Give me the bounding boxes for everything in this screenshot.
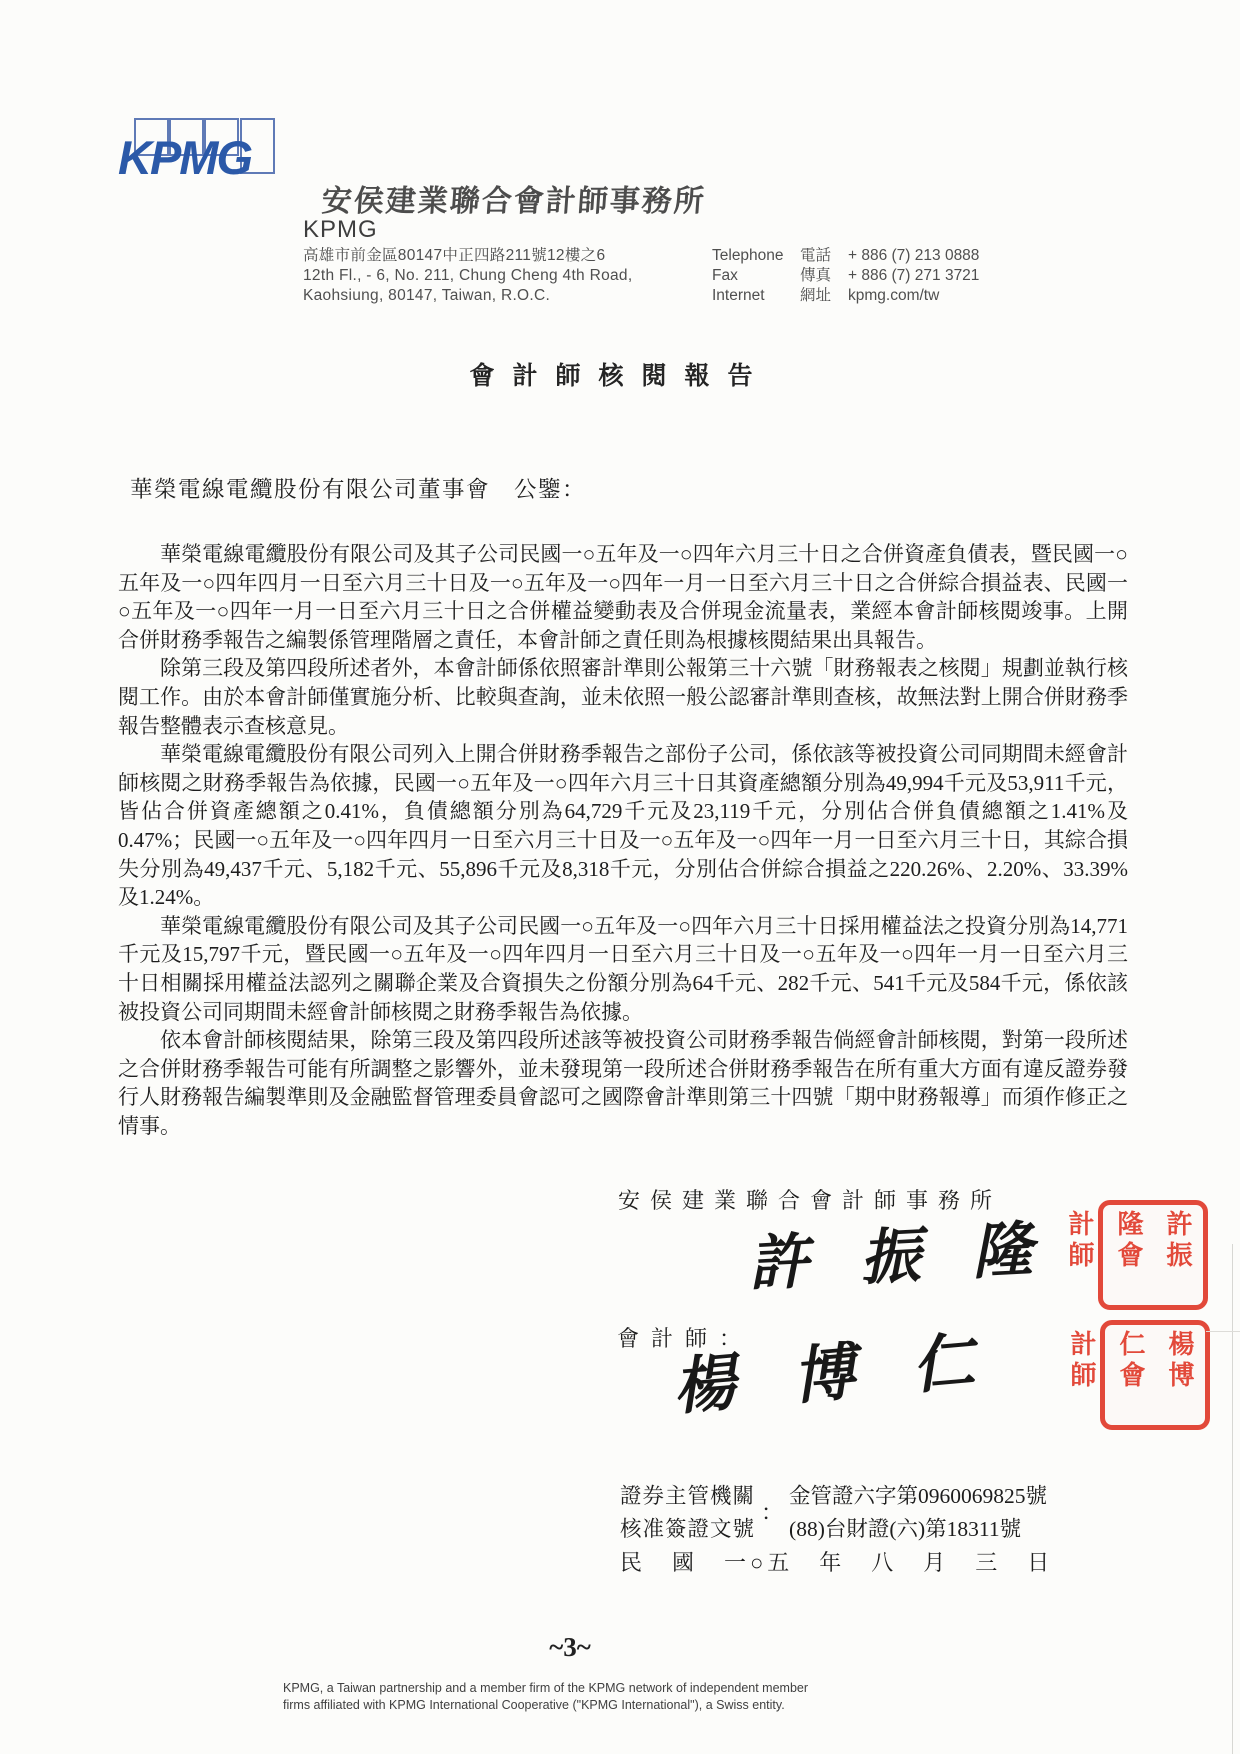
fax-value: + 886 (7) 271 3721: [848, 266, 979, 286]
paragraph-2: 除第三段及第四段所述者外，本會計師係依照審計準則公報第三十六號「財務報表之核閱」…: [118, 654, 1128, 740]
registration-labels: 證券主管機關 核准簽證文號: [620, 1480, 755, 1546]
firm-address: 高雄市前金區80147中正四路211號12樓之6 12th Fl., - 6, …: [303, 246, 632, 306]
paragraph-1: 華榮電線電纜股份有限公司及其子公司民國一○五年及一○四年六月三十日之合併資產負債…: [118, 540, 1128, 654]
addressee-line: 華榮電線電纜股份有限公司董事會 公鑒：: [130, 472, 586, 504]
page-number: ~3~: [480, 1632, 660, 1663]
registration-block: 證券主管機關 核准簽證文號 ： 金管證六字第0960069825號 (88)台財…: [620, 1480, 1047, 1546]
fax-row: Fax 傳真 + 886 (7) 271 3721: [712, 266, 979, 286]
firm-name-en: KPMG: [303, 216, 378, 244]
paragraph-4: 華榮電線電纜股份有限公司及其子公司民國一○五年及一○四年六月三十日採用權益法之投…: [118, 912, 1128, 1026]
internet-row: Internet 網址 kpmg.com/tw: [712, 286, 979, 306]
internet-label-en: Internet: [712, 286, 800, 306]
authority-label-line1: 證券主管機關: [620, 1480, 755, 1513]
scan-line-artifact: [1206, 1331, 1240, 1332]
disclaimer-line1: KPMG, a Taiwan partnership and a member …: [283, 1680, 808, 1697]
report-date: 民 國 一○五 年 八 月 三 日: [620, 1546, 1053, 1577]
telephone-label-zh: 電話: [800, 246, 848, 266]
approval-number-2: (88)台財證(六)第18311號: [789, 1513, 1047, 1546]
fax-label-en: Fax: [712, 266, 800, 286]
report-title: 會計師核閱報告: [0, 356, 1240, 392]
telephone-value: + 886 (7) 213 0888: [848, 246, 979, 266]
address-en-line1: 12th Fl., - 6, No. 211, Chung Cheng 4th …: [303, 266, 632, 286]
cpa-seal-stamp-1: 許振隆會計師: [1098, 1200, 1208, 1310]
contact-block: Telephone 電話 + 886 (7) 213 0888 Fax 傳真 +…: [712, 246, 979, 306]
cpa-signature-1: 許振隆: [746, 1199, 1086, 1302]
paragraph-5: 依本會計師核閱結果，除第三段及第四段所述該等被投資公司財務季報告倘經會計師核閱，…: [118, 1026, 1128, 1140]
scan-edge-artifact: [1232, 1244, 1233, 1754]
kpmg-logo: KPMG: [118, 106, 298, 190]
kpmg-disclaimer: KPMG, a Taiwan partnership and a member …: [283, 1680, 808, 1714]
telephone-label-en: Telephone: [712, 246, 800, 266]
report-body: 華榮電線電纜股份有限公司及其子公司民國一○五年及一○四年六月三十日之合併資產負債…: [118, 540, 1128, 1140]
registration-colon: ：: [761, 1480, 783, 1546]
scanned-report-page: KPMG 安侯建業聯合會計師事務所 KPMG 高雄市前金區80147中正四路21…: [0, 0, 1240, 1754]
logo-wordmark: KPMG: [118, 130, 251, 185]
cpa-seal-stamp-2: 楊博仁會計師: [1100, 1320, 1210, 1430]
authority-label-line2: 核准簽證文號: [620, 1513, 755, 1546]
approval-number-1: 金管證六字第0960069825號: [789, 1480, 1047, 1513]
fax-label-zh: 傳真: [800, 266, 848, 286]
paragraph-3: 華榮電線電纜股份有限公司列入上開合併財務季報告之部份子公司，係依該等被投資公司同…: [118, 740, 1128, 912]
firm-name-calligraphy: 安侯建業聯合會計師事務所: [320, 176, 707, 220]
address-zh: 高雄市前金區80147中正四路211號12樓之6: [303, 246, 632, 266]
address-en-line2: Kaohsiung, 80147, Taiwan, R.O.C.: [303, 286, 632, 306]
registration-values: 金管證六字第0960069825號 (88)台財證(六)第18311號: [789, 1480, 1047, 1546]
internet-label-zh: 網址: [800, 286, 848, 306]
telephone-row: Telephone 電話 + 886 (7) 213 0888: [712, 246, 979, 266]
disclaimer-line2: firms affiliated with KPMG International…: [283, 1697, 808, 1714]
internet-value: kpmg.com/tw: [848, 286, 939, 306]
